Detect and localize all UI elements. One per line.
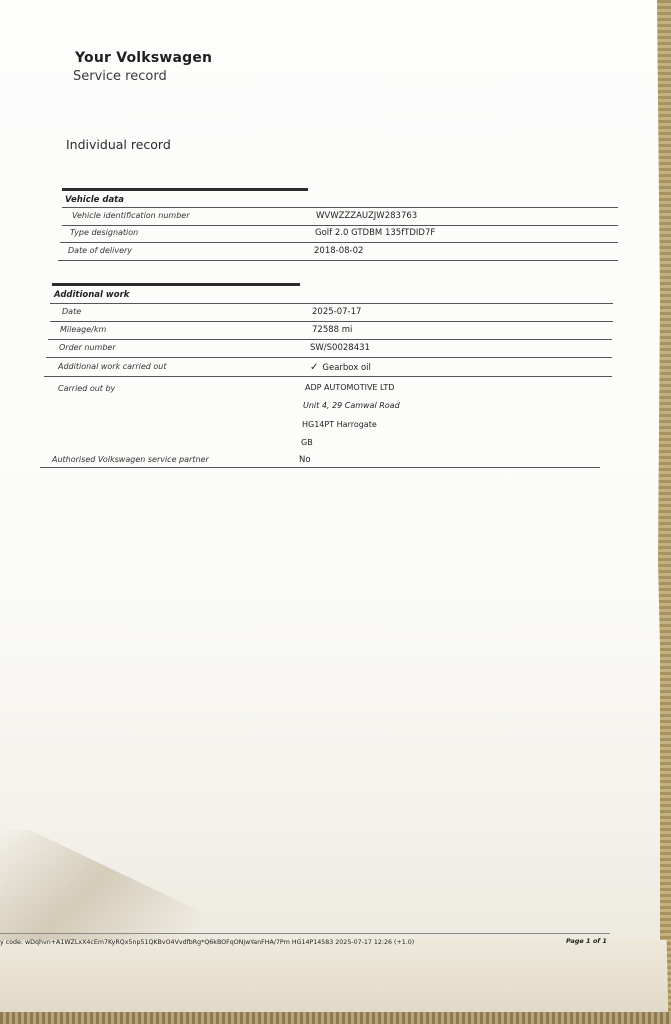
delivery-date-row: Date of delivery 2018-08-02 (58, 243, 618, 261)
vin-label: Vehicle identification number (72, 211, 190, 220)
section-divider (52, 283, 300, 286)
paper-bottom-shade (0, 940, 668, 1012)
type-designation-value: Golf 2.0 GTDBM 135fTDID7F (315, 228, 435, 238)
checkmark-icon: ✓ (310, 362, 318, 373)
background-surface-bottom (0, 1012, 671, 1024)
page-indicator: Page 1 of 1 (566, 937, 607, 945)
delivery-date-value: 2018-08-02 (314, 246, 363, 256)
type-designation-label: Type designation (70, 228, 138, 237)
vehicle-data-heading: Vehicle data (65, 195, 124, 205)
authorised-partner-label: Authorised Volkswagen service partner (52, 455, 209, 464)
authorised-partner-row: Authorised Volkswagen service partner No (40, 455, 600, 468)
carried-out-by-label: Carried out by (58, 384, 115, 393)
mileage-row: Mileage/km 72588 mi (48, 322, 612, 340)
vin-value: WVWZZZAUZJW283763 (316, 211, 417, 221)
work-date-label: Date (62, 307, 81, 316)
order-number-value: SW/S0028431 (310, 343, 370, 353)
section-divider (62, 188, 308, 191)
document-page: Your Volkswagen Service record Individua… (0, 0, 660, 1012)
work-carried-out-label: Additional work carried out (58, 362, 167, 371)
garage-address-city: HG14PT Harrogate (302, 420, 377, 429)
additional-work-heading: Additional work (54, 290, 129, 300)
delivery-date-label: Date of delivery (68, 246, 132, 255)
document-subtitle: Service record (73, 69, 167, 84)
vin-row: Vehicle identification number WVWZZZAUZJ… (62, 207, 618, 226)
verification-code: y code: wDqhvn+A1WZLxX4cEm7KyRQx5np51QKB… (0, 939, 414, 946)
garage-name: ADP AUTOMOTIVE LTD (305, 383, 394, 392)
mileage-label: Mileage/km (60, 325, 106, 334)
garage-address-country: GB (301, 438, 313, 447)
order-number-label: Order number (59, 343, 116, 352)
order-number-row: Order number SW/S0028431 (46, 340, 612, 358)
record-title: Individual record (66, 137, 171, 152)
paper-fold-shadow (0, 830, 260, 940)
work-carried-out-value: Gearbox oil (322, 363, 371, 373)
document-brand-title: Your Volkswagen (75, 50, 212, 66)
mileage-value: 72588 mi (312, 325, 352, 335)
type-designation-row: Type designation Golf 2.0 GTDBM 135fTDID… (60, 225, 618, 243)
garage-address-street: Unit 4, 29 Camwal Road (303, 401, 400, 410)
footer-divider (0, 933, 610, 934)
authorised-partner-value: No (299, 455, 311, 465)
work-carried-out-row: Additional work carried out ✓Gearbox oil (44, 359, 612, 377)
work-date-value: 2025-07-17 (312, 307, 361, 317)
work-date-row: Date 2025-07-17 (50, 303, 613, 322)
